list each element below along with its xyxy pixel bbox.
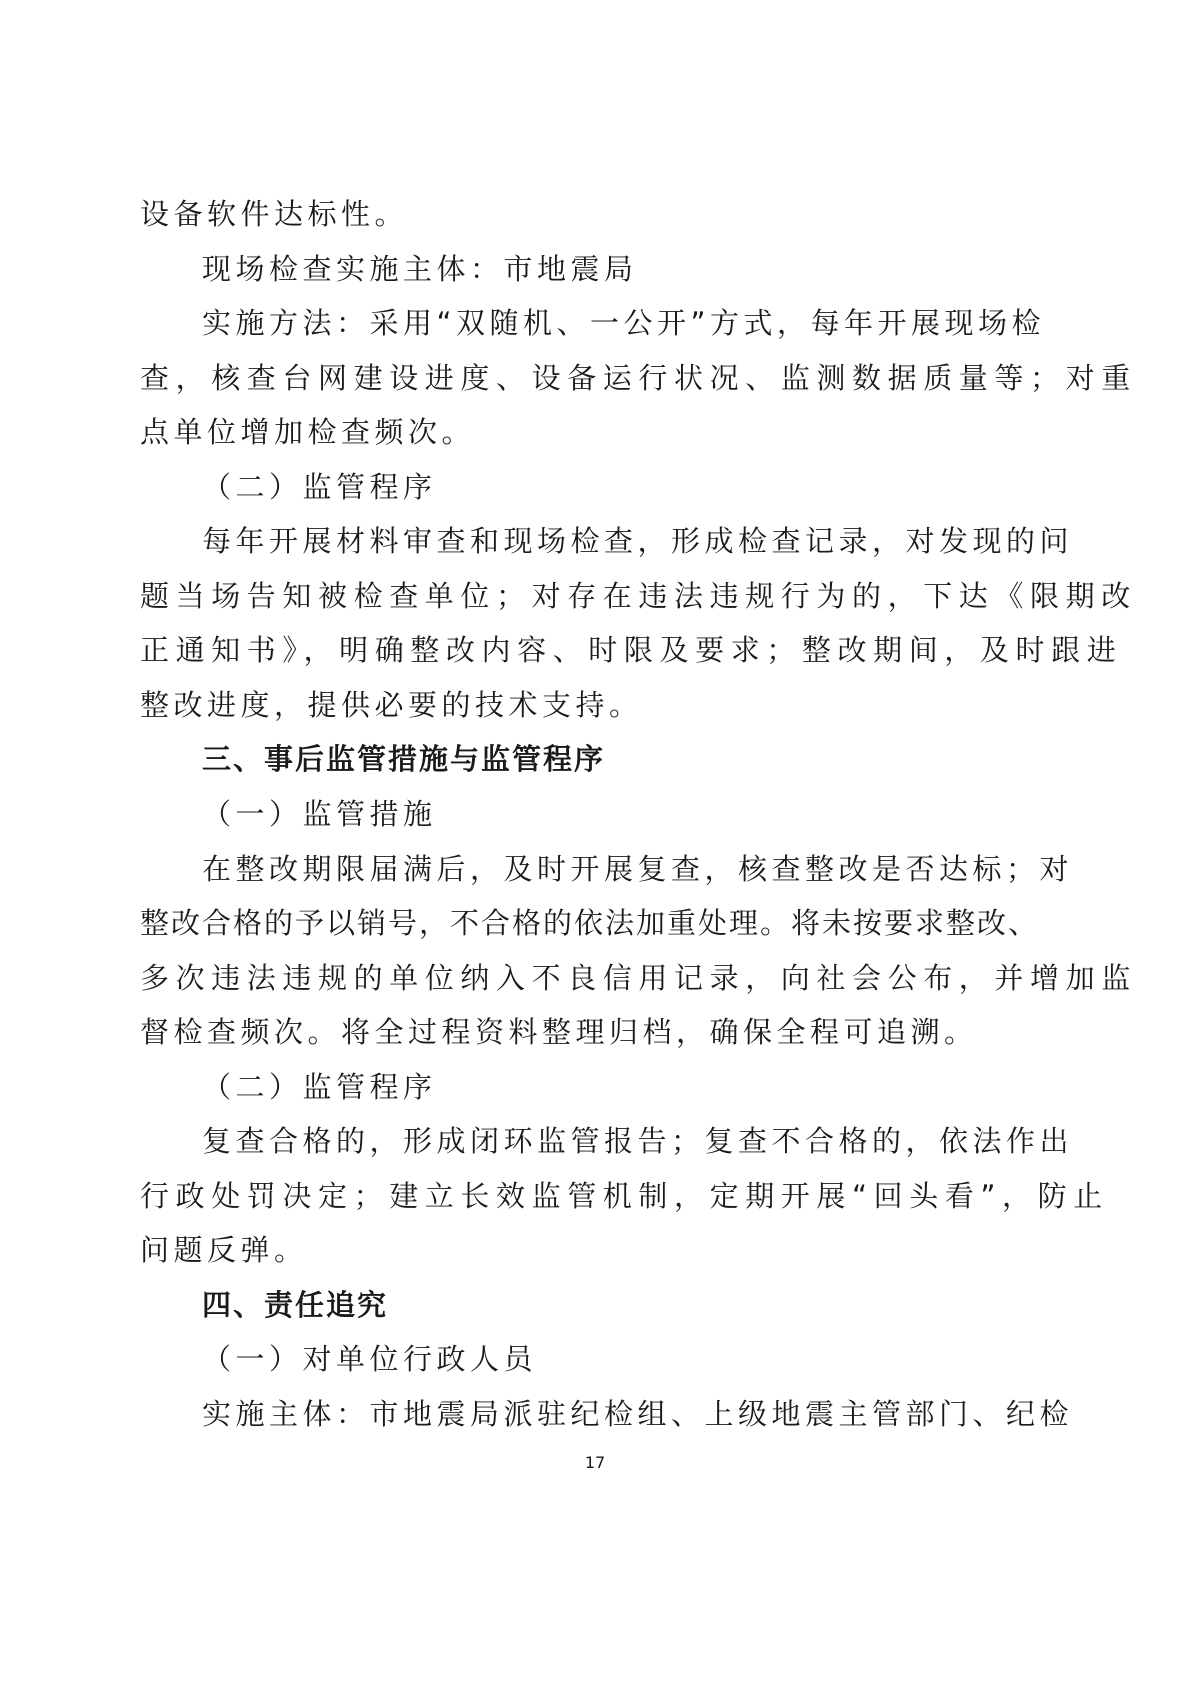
paragraph-line: 督检查频次。将全过程资料整理归档，确保全程可追溯。 <box>140 1018 978 1047</box>
section-heading: 三、事后监管措施与监管程序 <box>202 745 605 774</box>
paragraph-line: 在整改期限届满后，及时开展复查，核查整改是否达标；对 <box>202 855 1073 884</box>
subsection-heading: （一）监管措施 <box>202 800 437 829</box>
paragraph-line: 设备软件达标性。 <box>140 200 408 229</box>
paragraph-line: 行政处罚决定；建立长效监管机制，定期开展“回头看”，防止 <box>140 1182 1109 1211</box>
paragraph-line: 题当场告知被检查单位；对存在违法违规行为的，下达《限期改 <box>140 582 1137 611</box>
subsection-heading: （一）对单位行政人员 <box>202 1345 537 1374</box>
paragraph-line: 问题反弹。 <box>140 1236 308 1265</box>
paragraph-line: 复查合格的，形成闭环监管报告；复查不合格的，依法作出 <box>202 1127 1073 1156</box>
paragraph-line: 实施主体：市地震局派驻纪检组、上级地震主管部门、纪检 <box>202 1400 1073 1429</box>
paragraph-line: 现场检查实施主体：市地震局 <box>202 255 638 284</box>
paragraph-line: 点单位增加检查频次。 <box>140 418 475 447</box>
subsection-heading: （二）监管程序 <box>202 473 437 502</box>
paragraph-line: 多次违法违规的单位纳入不良信用记录，向社会公布，并增加监 <box>140 964 1137 993</box>
paragraph-line: 每年开展材料审查和现场检查，形成检查记录，对发现的问 <box>202 527 1073 556</box>
paragraph-line: 实施方法：采用“双随机、一公开”方式，每年开展现场检 <box>202 309 1045 338</box>
page-number: 17 <box>0 1453 1190 1472</box>
paragraph-line: 整改进度，提供必要的技术支持。 <box>140 691 643 720</box>
subsection-heading: （二）监管程序 <box>202 1073 437 1102</box>
paragraph-line: 查，核查台网建设进度、设备运行状况、监测数据质量等；对重 <box>140 364 1137 393</box>
paragraph-line: 正通知书》，明确整改内容、时限及要求；整改期间，及时跟进 <box>140 636 1122 665</box>
paragraph-line: 整改合格的予以销号，不合格的依法加重处理。将未按要求整改、 <box>140 909 1039 938</box>
section-heading: 四、责任追究 <box>202 1291 388 1320</box>
